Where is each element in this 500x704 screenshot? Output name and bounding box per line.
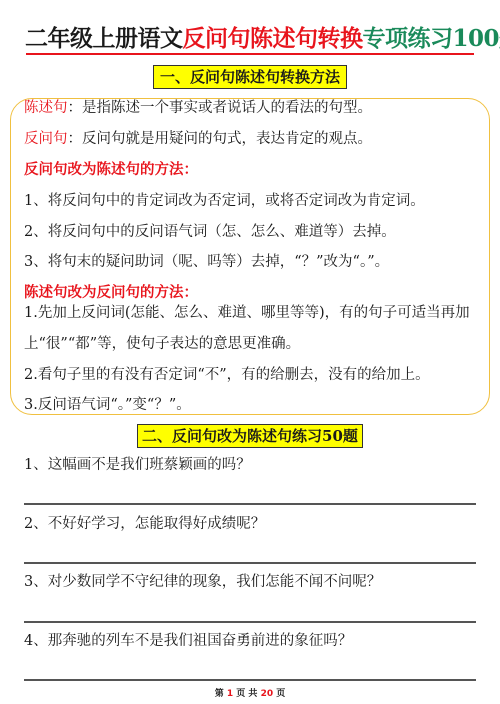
answer-line-1[interactable] (24, 503, 476, 505)
footer-suffix: 页 (273, 689, 285, 699)
definition-text: ：反问句就是用疑问的句式，表达肯定的观点。 (68, 131, 373, 147)
section-1-banner: 一、反问句陈述句转换方法 (153, 65, 347, 89)
title-practice: 专项练习100题 (363, 25, 500, 52)
definition-rhetorical: 反问句：反问句就是用疑问的句式，表达肯定的观点。 (24, 129, 372, 149)
question-2: 2、不好好学习，怎能取得好成绩呢？ (24, 514, 265, 534)
page-footer: 第 1 页 共 20 页 (0, 686, 500, 699)
footer-middle: 页 共 (233, 689, 260, 699)
title-topic: 反问句陈述句转换 (183, 25, 363, 52)
footer-prefix: 第 (215, 689, 227, 699)
title-grade: 二年级上册语文 (25, 25, 183, 52)
method1-step: 2、将反问句中的反问语气词（怎、怎么、难道等）去掉。 (24, 222, 396, 242)
answer-line-3[interactable] (24, 621, 476, 623)
method2-step: 3.反问语气词“。”变“？”。 (24, 395, 191, 415)
total-pages: 20 (261, 689, 274, 699)
method1-step: 3、将句末的疑问助词（呢、吗等）去掉，“？”改为“。”。 (24, 252, 389, 272)
question-4: 4、那奔驰的列车不是我们祖国奋勇前进的象征吗？ (24, 631, 352, 651)
definition-text: ：是指陈述一个事实或者说话人的看法的句型。 (68, 100, 373, 116)
question-3: 3、对少数同学不守纪律的现象，我们怎能不闻不问呢？ (24, 572, 381, 592)
answer-line-4[interactable] (24, 679, 476, 681)
document-title: 二年级上册语文反问句陈述句转换专项练习100题 (25, 24, 475, 54)
method2-step: 2.看句子里的有没有否定词“不”，有的给删去，没有的给加上。 (24, 365, 430, 385)
method2-heading: 陈述句改为反问句的方法： (24, 283, 198, 303)
method1-step: 1、将反问句中的肯定词改为否定词，或将否定词改为肯定词。 (24, 191, 425, 211)
method2-step: 1.先加上反问词(怎能、怎么、难道、哪里等等)，有的句子可适当再加 (24, 303, 470, 323)
definition-term: 陈述句 (24, 100, 68, 116)
question-1: 1、这幅画不是我们班蔡颖画的吗？ (24, 455, 251, 475)
title-underline (26, 53, 474, 55)
method2-step: 上“很”“都”等，使句子表达的意思更准确。 (24, 334, 300, 354)
section-2-banner: 二、反问句改为陈述句练习50题 (137, 424, 363, 448)
answer-line-2[interactable] (24, 562, 476, 564)
method1-heading: 反问句改为陈述句的方法： (24, 160, 198, 180)
definition-statement: 陈述句：是指陈述一个事实或者说话人的看法的句型。 (24, 98, 372, 118)
definition-term: 反问句 (24, 131, 68, 147)
